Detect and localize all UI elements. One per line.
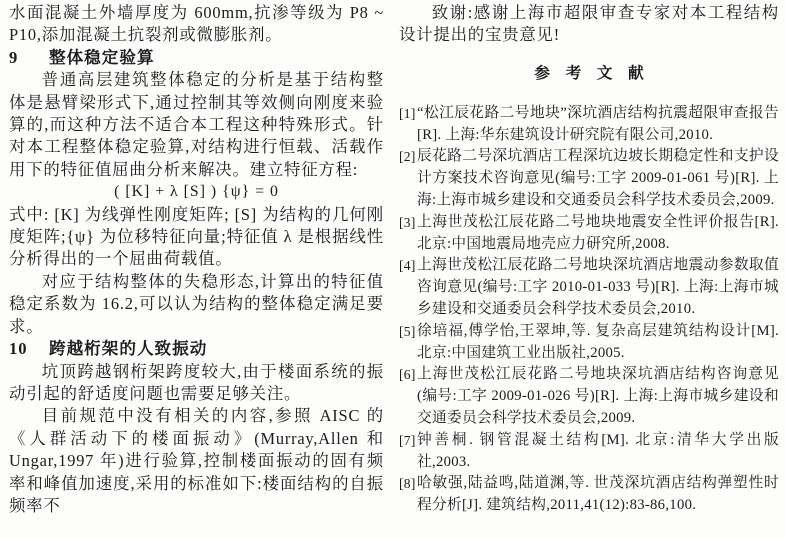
- reference-item: [5] 徐培福,傅学怡,王翠坤,等. 复杂高层建筑结构设计[M]. 北京:中国建…: [399, 321, 779, 365]
- reference-item: [4] 上海世茂松江辰花路二号地块深坑酒店地震动参数取值咨询意见(编号:工字 2…: [399, 255, 779, 320]
- section-number: 9: [9, 47, 49, 69]
- references-heading: 参 考 文 献: [399, 63, 779, 85]
- reference-text: 哈敏强,陆益鸣,陆道渊,等. 世茂深坑酒店结构弹塑性时程分析[J]. 建筑结构,…: [417, 473, 779, 517]
- section-heading-10: 10 跨越桁架的人致振动: [9, 338, 384, 360]
- references-list: [1] “松江辰花路二号地块”深坑酒店结构抗震超限审查报告[R]. 上海:华东建…: [399, 103, 779, 517]
- characteristic-equation: ( [K] + λ [S] ) {ψ} = 0: [9, 181, 384, 203]
- reference-marker: [8]: [399, 473, 417, 517]
- reference-marker: [3]: [399, 212, 417, 256]
- left-column: 水面混凝土外墙厚度为 600mm,抗渗等级为 P8 ~ P10,添加混凝土抗裂剂…: [9, 2, 384, 517]
- reference-text: 辰花路二号深坑酒店工程深坑边坡长期稳定性和支护设计方案技术咨询意见(编号:工字 …: [417, 146, 779, 211]
- paper-page: 水面混凝土外墙厚度为 600mm,抗渗等级为 P8 ~ P10,添加混凝土抗裂剂…: [0, 0, 785, 538]
- paragraph-stability-result: 对应于结构整体的失稳形态,计算出的特征值稳定系数为 16.2,可以认为结构的整体…: [9, 271, 384, 338]
- reference-marker: [4]: [399, 255, 417, 320]
- section-number: 10: [9, 338, 49, 360]
- reference-item: [1] “松江辰花路二号地块”深坑酒店结构抗震超限审查报告[R]. 上海:华东建…: [399, 103, 779, 147]
- paragraph-truss-vibration: 坑顶跨越钢桁架跨度较大,由于楼面系统的振动引起的舒适度问题也需要足够关注。: [9, 361, 384, 406]
- reference-marker: [5]: [399, 321, 417, 365]
- reference-text: 上海世茂松江辰花路二号地块深坑酒店结构咨询意见(编号:工字 2009-01-02…: [417, 364, 779, 429]
- reference-item: [7] 钟善桐. 钢管混凝土结构[M]. 北京:清华大学出版社,2003.: [399, 430, 779, 474]
- reference-text: 钟善桐. 钢管混凝土结构[M]. 北京:清华大学出版社,2003.: [417, 430, 779, 474]
- reference-item: [8] 哈敏强,陆益鸣,陆道渊,等. 世茂深坑酒店结构弹塑性时程分析[J]. 建…: [399, 473, 779, 517]
- reference-item: [6] 上海世茂松江辰花路二号地块深坑酒店结构咨询意见(编号:工字 2009-0…: [399, 364, 779, 429]
- reference-marker: [7]: [399, 430, 417, 474]
- paragraph-equation-terms: 式中: [K] 为线弹性刚度矩阵; [S] 为结构的几何刚度矩阵;{ψ} 为位移…: [9, 204, 384, 271]
- reference-item: [2] 辰花路二号深坑酒店工程深坑边坡长期稳定性和支护设计方案技术咨询意见(编号…: [399, 146, 779, 211]
- reference-text: 上海世茂松江辰花路二号地块深坑酒店地震动参数取值咨询意见(编号:工字 2010-…: [417, 255, 779, 320]
- reference-marker: [1]: [399, 103, 417, 147]
- section-title: 整体稳定验算: [49, 47, 155, 69]
- reference-marker: [2]: [399, 146, 417, 211]
- section-heading-9: 9 整体稳定验算: [9, 47, 384, 69]
- reference-item: [3] 上海世茂松江辰花路二号地块地震安全性评价报告[R]. 北京:中国地震局地…: [399, 212, 779, 256]
- paragraph-aisc-reference: 目前规范中没有相关的内容,参照 AISC 的《人群活动下的楼面振动》(Murra…: [9, 405, 384, 517]
- reference-marker: [6]: [399, 364, 417, 429]
- right-column: 致谢:感谢上海市超限审查专家对本工程结构设计提出的宝贵意见! 参 考 文 献 […: [399, 2, 779, 517]
- paragraph-stability-analysis: 普通高层建筑整体稳定的分析是基于结构整体是悬臂梁形式下,通过控制其等效侧向刚度来…: [9, 69, 384, 181]
- reference-text: “松江辰花路二号地块”深坑酒店结构抗震超限审查报告[R]. 上海:华东建筑设计研…: [417, 103, 779, 147]
- acknowledgement: 致谢:感谢上海市超限审查专家对本工程结构设计提出的宝贵意见!: [399, 2, 779, 47]
- reference-text: 上海世茂松江辰花路二号地块地震安全性评价报告[R]. 北京:中国地震局地壳应力研…: [417, 212, 779, 256]
- reference-text: 徐培福,傅学怡,王翠坤,等. 复杂高层建筑结构设计[M]. 北京:中国建筑工业出…: [417, 321, 779, 365]
- paragraph-wall-concrete: 水面混凝土外墙厚度为 600mm,抗渗等级为 P8 ~ P10,添加混凝土抗裂剂…: [9, 2, 384, 47]
- section-title: 跨越桁架的人致振动: [49, 338, 207, 360]
